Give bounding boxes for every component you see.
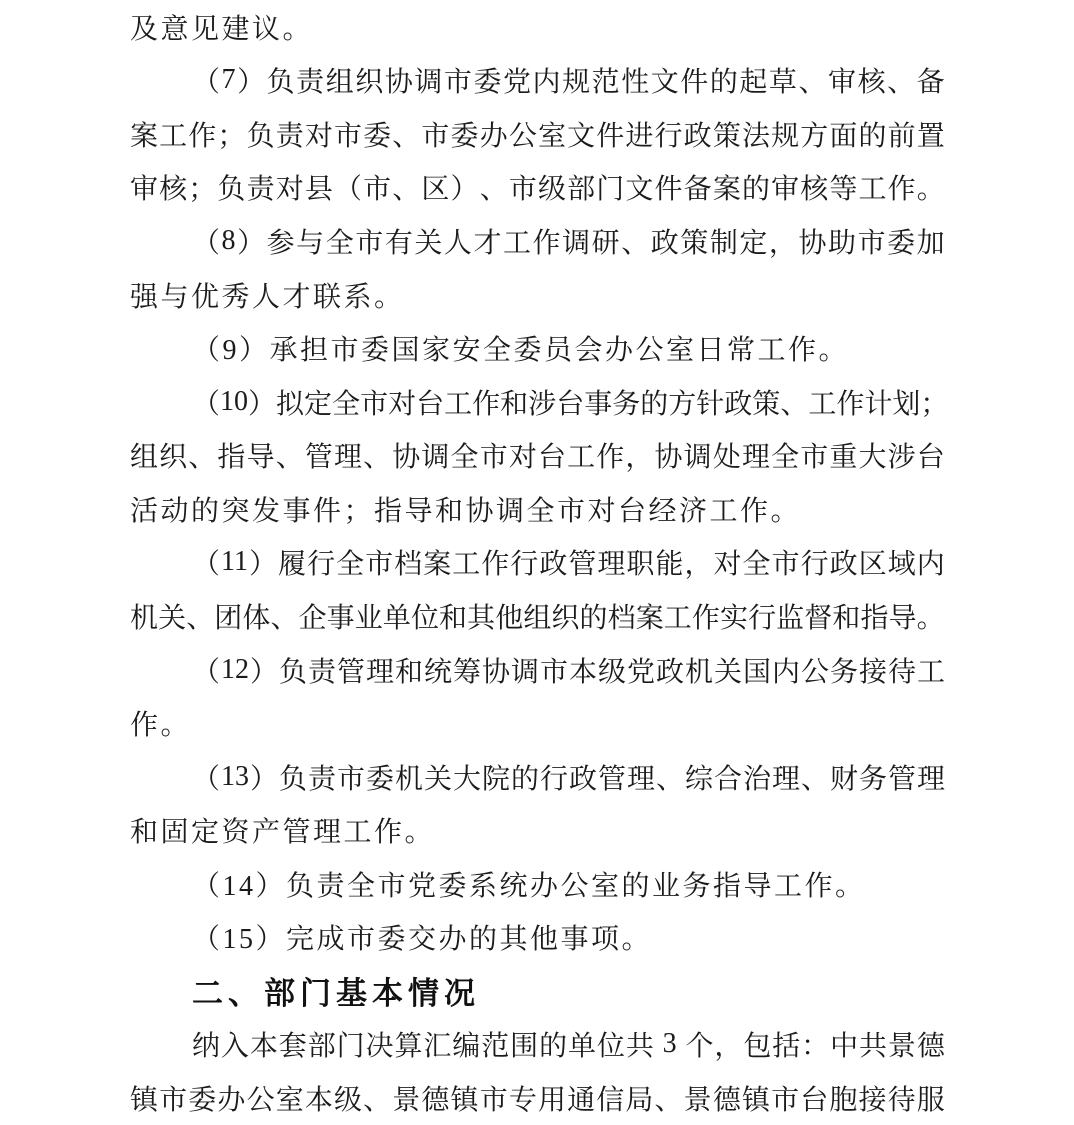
text-line: 强与优秀人才联系。 — [130, 268, 945, 322]
text-line: 及意见建议。 — [130, 0, 945, 54]
document-page: 及意见建议。（7）负责组织协调市委党内规范性文件的起草、审核、备案工作；负责对市… — [0, 0, 1074, 1125]
text-line: 和固定资产管理工作。 — [130, 803, 945, 857]
text-line: （13）负责市委机关大院的行政管理、综合治理、财务管理 — [130, 750, 945, 804]
text-line: （9）承担市委国家安全委员会办公室日常工作。 — [130, 321, 945, 375]
section-heading: 二、部门基本情况 — [130, 964, 945, 1018]
text-line: 活动的突发事件；指导和协调全市对台经济工作。 — [130, 482, 945, 536]
text-line: （8）参与全市有关人才工作调研、政策制定，协助市委加 — [130, 214, 945, 268]
document-body: 及意见建议。（7）负责组织协调市委党内规范性文件的起草、审核、备案工作；负责对市… — [130, 0, 945, 1125]
text-line: （15）完成市委交办的其他事项。 — [130, 911, 945, 965]
text-line: （7）负责组织协调市委党内规范性文件的起草、审核、备 — [130, 54, 945, 108]
text-line: 组织、指导、管理、协调全市对台工作，协调处理全市重大涉台 — [130, 429, 945, 483]
text-line: 机关、团体、企事业单位和其他组织的档案工作实行监督和指导。 — [130, 589, 945, 643]
text-line: （10）拟定全市对台工作和涉台事务的方针政策、工作计划； — [130, 375, 945, 429]
text-line: （12）负责管理和统筹协调市本级党政机关国内公务接待工 — [130, 643, 945, 697]
text-line: （11）履行全市档案工作行政管理职能，对全市行政区域内 — [130, 536, 945, 590]
text-line: （14）负责全市党委系统办公室的业务指导工作。 — [130, 857, 945, 911]
text-line: 审核；负责对县（市、区）、市级部门文件备案的审核等工作。 — [130, 161, 945, 215]
text-line: 纳入本套部门决算汇编范围的单位共 3 个，包括：中共景德 — [130, 1018, 945, 1072]
text-line: 镇市委办公室本级、景德镇市专用通信局、景德镇市台胞接待服 — [130, 1071, 945, 1125]
text-line: 案工作；负责对市委、市委办公室文件进行政策法规方面的前置 — [130, 107, 945, 161]
text-line: 作。 — [130, 696, 945, 750]
